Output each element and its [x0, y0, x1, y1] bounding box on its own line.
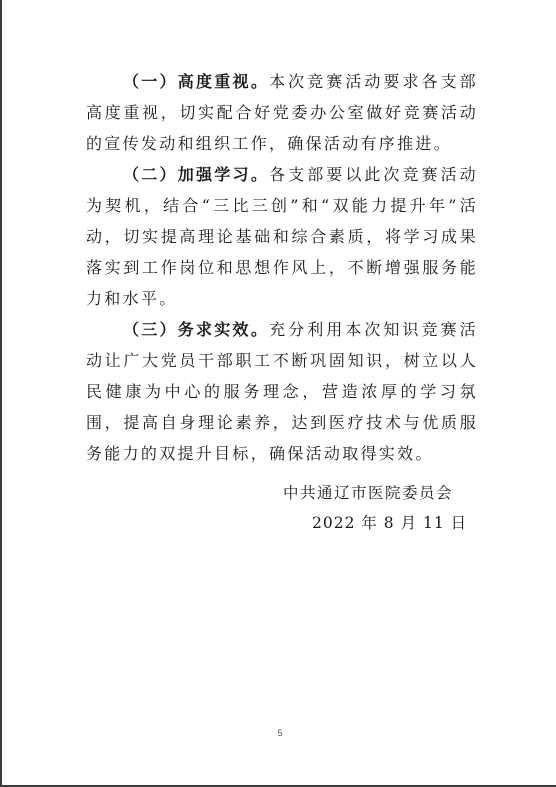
signature-organization: 中共通辽市医院委员会 [283, 478, 467, 508]
page-number: 5 [274, 728, 286, 738]
paragraph-heading: （二）加强学习。 [123, 165, 269, 184]
document-page: （一）高度重视。本次竞赛活动要求各支部高度重视，切实配合好党委办公室做好竞赛活动… [0, 0, 556, 787]
document-body: （一）高度重视。本次竞赛活动要求各支部高度重视，切实配合好党委办公室做好竞赛活动… [86, 66, 478, 469]
signature-block: 中共通辽市医院委员会 2022 年 8 月 11 日 [283, 478, 467, 538]
paragraph-heading: （一）高度重视。 [123, 72, 269, 91]
signature-date: 2022 年 8 月 11 日 [283, 508, 467, 538]
paragraph-strengthen-study: （二）加强学习。各支部要以此次竞赛活动为契机，结合“三比三创”和“双能力提升年”… [86, 159, 478, 314]
paragraph-high-attention: （一）高度重视。本次竞赛活动要求各支部高度重视，切实配合好党委办公室做好竞赛活动… [86, 66, 478, 159]
paragraph-heading: （三）务求实效。 [123, 320, 269, 339]
paragraph-seek-results: （三）务求实效。充分利用本次知识竞赛活动让广大党员干部职工不断巩固知识，树立以人… [86, 314, 478, 469]
paragraph-text: 充分利用本次知识竞赛活动让广大党员干部职工不断巩固知识，树立以人民健康为中心的服… [86, 320, 478, 463]
paragraph-text: 各支部要以此次竞赛活动为契机，结合“三比三创”和“双能力提升年”活动，切实提高理… [86, 165, 478, 308]
